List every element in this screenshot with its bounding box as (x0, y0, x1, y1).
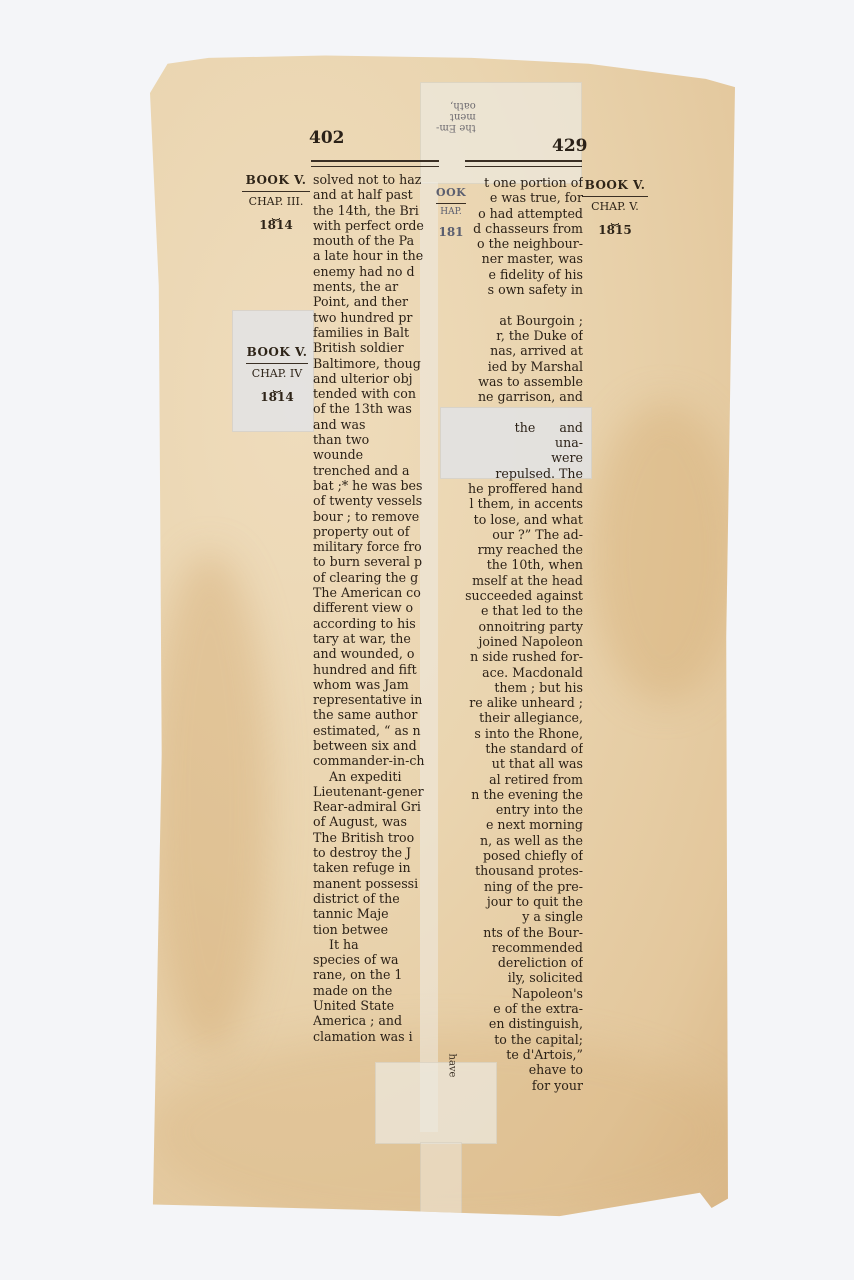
text-line: al retired from (448, 772, 583, 787)
text-line: ied by Marshal (448, 359, 583, 374)
text-line: una- (448, 435, 583, 450)
header-rule (311, 160, 439, 167)
text-line: the same author (313, 707, 438, 722)
text-line: The British troo (313, 830, 438, 845)
text-line: s own safety in (448, 282, 583, 297)
text-line: l them, in accents (448, 496, 583, 511)
text-line: bat ;* he was bes (313, 478, 438, 493)
text-line: rmy reached the (448, 542, 583, 557)
text-line: property out of (313, 524, 438, 539)
text-line: ily, solicited (448, 970, 583, 985)
text-line: bour ; to remove (313, 509, 438, 524)
text-line: at Bourgoin ; (448, 313, 583, 328)
text-line: tended with con (313, 386, 438, 401)
sidenote-book: BOOK V. (246, 345, 308, 359)
text-line: solved not to haz (313, 172, 438, 187)
text-line: onnoitring party (448, 619, 583, 634)
text-line: d chasseurs from (448, 221, 583, 236)
text-line: commander-in-ch (313, 753, 438, 768)
text-line: them ; but his (448, 680, 583, 695)
text-line (448, 404, 583, 419)
text-line: en distinguish, (448, 1016, 583, 1031)
text-line: tary at war, the (313, 631, 438, 646)
text-line: was to assemble (448, 374, 583, 389)
text-line: mouth of the Pa (313, 233, 438, 248)
text-line: British soldier (313, 340, 438, 355)
text-line: An expediti (313, 769, 438, 784)
text-line: nas, arrived at (448, 343, 583, 358)
text-line: dereliction of (448, 955, 583, 970)
text-line: entry into the (448, 802, 583, 817)
text-line: ne garrison, and (448, 389, 583, 404)
brace-icon: ⏟ (246, 380, 308, 390)
text-line: species of wa (313, 952, 438, 967)
text-line: he proffered hand (448, 481, 583, 496)
sidenote-year: 1814 (242, 218, 310, 232)
sidenote-book: BOOK V. (242, 173, 310, 187)
text-line: mself at the head (448, 573, 583, 588)
text-line: o had attempted (448, 206, 583, 221)
right-sidenote: BOOK V. CHAP. V. ⏟ 1815 (582, 178, 648, 237)
water-stain (590, 402, 740, 702)
text-line: thousand protes- (448, 863, 583, 878)
sidenote-year: 1815 (582, 223, 648, 237)
text-line: re alike unheard ; (448, 695, 583, 710)
text-line: of August, was (313, 814, 438, 829)
text-line: manent possessi (313, 876, 438, 891)
text-line: n, as well as the (448, 833, 583, 848)
header-rule (465, 160, 582, 167)
paper-patch (420, 1142, 462, 1224)
text-line: ace. Macdonald (448, 665, 583, 680)
text-line: t one portion of (448, 175, 583, 190)
text-line: for your (448, 1078, 583, 1093)
text-line: wounde (313, 447, 438, 462)
text-line: s into the Rhone, (448, 726, 583, 741)
text-line: to lose, and what (448, 512, 583, 527)
sidenote-book: BOOK V. (582, 178, 648, 192)
text-line: ments, the ar (313, 279, 438, 294)
text-line: military force fro (313, 539, 438, 554)
text-line: recommended (448, 940, 583, 955)
text-line: and at half past (313, 187, 438, 202)
text-line: of twenty vessels (313, 493, 438, 508)
sidenote-year: 1814 (246, 390, 308, 404)
text-line: of clearing the g (313, 570, 438, 585)
text-line: ehave to (448, 1062, 583, 1077)
text-line: Napoleon's (448, 986, 583, 1001)
text-line: a late hour in the (313, 248, 438, 263)
text-line: e next morning (448, 817, 583, 832)
right-text-column: t one portion ofe was true, foro had att… (448, 175, 583, 1093)
text-line: families in Balt (313, 325, 438, 340)
text-line: Rear-admiral Gri (313, 799, 438, 814)
text-line: trenched and a (313, 463, 438, 478)
text-line: clamation was i (313, 1029, 438, 1044)
brace-icon: ⏟ (582, 213, 648, 223)
text-line: ning of the pre- (448, 879, 583, 894)
text-line: tannic Maje (313, 906, 438, 921)
text-line: enemy had no d (313, 264, 438, 279)
upside-down-text-fragment: the Em- ment oath, (436, 100, 476, 133)
left-sidenote: BOOK V. CHAP. III. ⏟ 1814 (242, 173, 310, 232)
text-line: America ; and (313, 1013, 438, 1028)
text-line: joined Napoleon (448, 634, 583, 649)
text-line: hundred and fift (313, 662, 438, 677)
text-line: The American co (313, 585, 438, 600)
text-line: te d'Artois,” (448, 1047, 583, 1062)
text-line: taken refuge in (313, 860, 438, 875)
text-line: our ?” The ad- (448, 527, 583, 542)
text-line: ner master, was (448, 251, 583, 266)
left-text-column: solved not to hazand at half pastthe 14t… (313, 172, 438, 1044)
pasted-sidenote: BOOK V. CHAP. IV ⏟ 1814 (246, 345, 308, 404)
text-line: of the 13th was (313, 401, 438, 416)
text-line: and wounded, o (313, 646, 438, 661)
text-line: two hundred pr (313, 310, 438, 325)
text-line: United State (313, 998, 438, 1013)
text-line: their allegiance, (448, 710, 583, 725)
text-line: rane, on the 1 (313, 967, 438, 982)
text-line: made on the (313, 983, 438, 998)
text-line: r, the Duke of (448, 328, 583, 343)
text-line: nts of the Bour- (448, 925, 583, 940)
text-line: the and (448, 420, 583, 435)
text-line: Baltimore, thoug (313, 356, 438, 371)
text-line: posed chiefly of (448, 848, 583, 863)
text-line: ut that all was (448, 756, 583, 771)
text-line: and was (313, 417, 438, 432)
text-line: e that led to the (448, 603, 583, 618)
text-line: repulsed. The (448, 466, 583, 481)
text-line: o the neighbour- (448, 236, 583, 251)
vertical-text-fragment: have (446, 1054, 457, 1078)
text-line: Point, and ther (313, 294, 438, 309)
text-line: and ulterior obj (313, 371, 438, 386)
text-line: the 14th, the Bri (313, 203, 438, 218)
text-line (448, 297, 583, 312)
text-line: the 10th, when (448, 557, 583, 572)
text-line: to destroy the J (313, 845, 438, 860)
text-line: according to his (313, 616, 438, 631)
text-line: the standard of (448, 741, 583, 756)
text-line: Lieutenant-gener (313, 784, 438, 799)
text-line: different view o (313, 600, 438, 615)
paper-patch (420, 82, 582, 184)
text-line: estimated, “ as n (313, 723, 438, 738)
text-line: tion betwee (313, 922, 438, 937)
text-line: were (448, 450, 583, 465)
brace-icon: ⏟ (242, 208, 310, 218)
text-line: between six and (313, 738, 438, 753)
text-line: It ha (313, 937, 438, 952)
text-line: with perfect orde (313, 218, 438, 233)
text-line: to the capital; (448, 1032, 583, 1047)
text-line: whom was Jam (313, 677, 438, 692)
water-stain (150, 552, 270, 1052)
text-line: e fidelity of his (448, 267, 583, 282)
right-page-number: 429 (552, 136, 588, 156)
text-line: jour to quit the (448, 894, 583, 909)
text-line: y a single (448, 909, 583, 924)
text-line: n the evening the (448, 787, 583, 802)
text-line: to burn several p (313, 554, 438, 569)
text-line: representative in (313, 692, 438, 707)
text-line: e of the extra- (448, 1001, 583, 1016)
text-line: e was true, for (448, 190, 583, 205)
text-line: than two (313, 432, 438, 447)
text-line: district of the (313, 891, 438, 906)
text-line: succeeded against (448, 588, 583, 603)
text-line: n side rushed for- (448, 649, 583, 664)
left-page-number: 402 (309, 128, 345, 148)
